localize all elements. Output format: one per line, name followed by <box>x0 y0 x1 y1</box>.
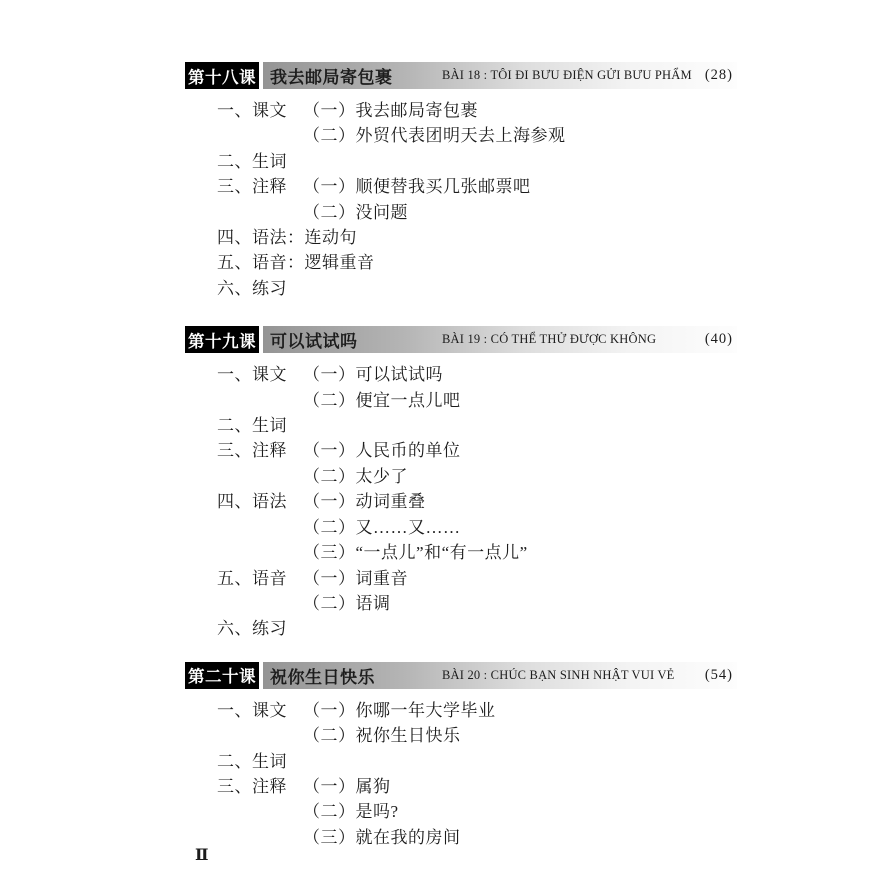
toc-subitem-text: （一）可以试试吗 <box>303 362 443 387</box>
lesson-page-reference: (54) <box>705 667 733 684</box>
toc-subitem-text: （二）没问题 <box>303 200 408 225</box>
toc-item-label: 五、语音 <box>217 566 303 591</box>
toc-line: 三、注释（一）人民币的单位 <box>217 438 737 463</box>
toc-line: 五、语音（一）词重音 <box>217 566 737 591</box>
toc-subitem-text: （一）顺便替我买几张邮票吧 <box>303 174 531 199</box>
lesson-title-bar: 祝你生日快乐BÀI 20 : CHÚC BẠN SINH NHẬT VUI VẺ… <box>263 662 737 689</box>
toc-item-label <box>217 540 303 565</box>
toc-line: 四、语法：连动句 <box>217 225 737 250</box>
lesson-title-chinese: 祝你生日快乐 <box>270 663 442 688</box>
toc-item-label: 一、课文 <box>217 362 303 387</box>
toc-line: （二）外贸代表团明天去上海参观 <box>217 123 737 148</box>
toc-item-label: 一、课文 <box>217 98 303 123</box>
toc-item-label <box>217 200 303 225</box>
toc-line: （二）没问题 <box>217 200 737 225</box>
toc-line: 二、生词 <box>217 413 737 438</box>
toc-item-label: 五、语音：逻辑重音 <box>217 250 375 275</box>
toc-line: （三）“一点儿”和“有一点儿” <box>217 540 737 565</box>
toc-line: （二）太少了 <box>217 464 737 489</box>
toc-subitem-text: （一）你哪一年大学毕业 <box>303 698 496 723</box>
lesson-number-badge: 第十九课 <box>185 326 259 353</box>
lesson-number-badge: 第二十课 <box>185 662 259 689</box>
toc-item-label: 四、语法：连动句 <box>217 225 357 250</box>
lesson-outline: 一、课文（一）我去邮局寄包裹（二）外贸代表团明天去上海参观二、生词三、注释（一）… <box>185 89 737 301</box>
lesson-page-reference: (28) <box>705 67 733 84</box>
toc-subitem-text: （一）动词重叠 <box>303 489 426 514</box>
toc-subitem-text: （二）外贸代表团明天去上海参观 <box>303 123 566 148</box>
toc-item-label: 三、注释 <box>217 438 303 463</box>
lesson-title-bar: 可以试试吗BÀI 19 : CÓ THỂ THỬ ĐƯỢC KHÔNG(40) <box>263 326 737 353</box>
toc-item-label: 二、生词 <box>217 149 303 174</box>
lesson-title-vietnamese: BÀI 20 : CHÚC BẠN SINH NHẬT VUI VẺ <box>442 668 675 683</box>
toc-item-label: 四、语法 <box>217 489 303 514</box>
toc-item-label: 一、课文 <box>217 698 303 723</box>
toc-item-label: 三、注释 <box>217 174 303 199</box>
lesson-title-vietnamese: BÀI 19 : CÓ THỂ THỬ ĐƯỢC KHÔNG <box>442 332 656 347</box>
lesson-outline: 一、课文（一）你哪一年大学毕业（二）祝你生日快乐二、生词三、注释（一）属狗（二）… <box>185 689 737 850</box>
lesson-outline: 一、课文（一）可以试试吗（二）便宜一点儿吧二、生词三、注释（一）人民币的单位（二… <box>185 353 737 641</box>
lesson-section: 第十八课我去邮局寄包裹BÀI 18 : TÔI ĐI BƯU ĐIỆN GỬI … <box>185 62 737 301</box>
lesson-header: 第二十课祝你生日快乐BÀI 20 : CHÚC BẠN SINH NHẬT VU… <box>185 662 737 689</box>
toc-line: 二、生词 <box>217 149 737 174</box>
toc-line: 二、生词 <box>217 749 737 774</box>
lesson-page-reference: (40) <box>705 331 733 348</box>
toc-subitem-text: （一）词重音 <box>303 566 408 591</box>
toc-line: 一、课文（一）你哪一年大学毕业 <box>217 698 737 723</box>
toc-line: 六、练习 <box>217 276 737 301</box>
toc-item-label: 二、生词 <box>217 413 303 438</box>
toc-line: 五、语音：逻辑重音 <box>217 250 737 275</box>
lesson-title-bar: 我去邮局寄包裹BÀI 18 : TÔI ĐI BƯU ĐIỆN GỬI BƯU … <box>263 62 737 89</box>
toc-line: （三）就在我的房间 <box>217 825 737 850</box>
lesson-header: 第十八课我去邮局寄包裹BÀI 18 : TÔI ĐI BƯU ĐIỆN GỬI … <box>185 62 737 89</box>
toc-item-label: 六、练习 <box>217 276 303 301</box>
lesson-section: 第二十课祝你生日快乐BÀI 20 : CHÚC BẠN SINH NHẬT VU… <box>185 662 737 850</box>
toc-item-label: 二、生词 <box>217 749 303 774</box>
toc-line: （二）又……又…… <box>217 515 737 540</box>
toc-line: （二）祝你生日快乐 <box>217 723 737 748</box>
toc-item-label <box>217 825 303 850</box>
toc-subitem-text: （一）人民币的单位 <box>303 438 461 463</box>
toc-line: 一、课文（一）可以试试吗 <box>217 362 737 387</box>
toc-line: 三、注释（一）属狗 <box>217 774 737 799</box>
toc-item-label <box>217 799 303 824</box>
toc-item-label <box>217 388 303 413</box>
page-number: Ⅱ <box>195 845 208 865</box>
toc-sections: 第十八课我去邮局寄包裹BÀI 18 : TÔI ĐI BƯU ĐIỆN GỬI … <box>185 62 737 850</box>
toc-line: 四、语法（一）动词重叠 <box>217 489 737 514</box>
toc-subitem-text: （三）“一点儿”和“有一点儿” <box>303 540 528 565</box>
toc-item-label <box>217 591 303 616</box>
toc-subitem-text: （一）属狗 <box>303 774 391 799</box>
toc-subitem-text: （三）就在我的房间 <box>303 825 461 850</box>
toc-item-label <box>217 464 303 489</box>
toc-line: 六、练习 <box>217 616 737 641</box>
toc-item-label: 六、练习 <box>217 616 303 641</box>
toc-subitem-text: （二）太少了 <box>303 464 408 489</box>
toc-item-label: 三、注释 <box>217 774 303 799</box>
toc-subitem-text: （一）我去邮局寄包裹 <box>303 98 478 123</box>
lesson-number-badge: 第十八课 <box>185 62 259 89</box>
toc-item-label <box>217 723 303 748</box>
lesson-title-chinese: 可以试试吗 <box>270 327 442 352</box>
toc-subitem-text: （二）又……又…… <box>303 515 461 540</box>
toc-item-label <box>217 515 303 540</box>
toc-subitem-text: （二）祝你生日快乐 <box>303 723 461 748</box>
toc-subitem-text: （二）是吗? <box>303 799 399 824</box>
lesson-section: 第十九课可以试试吗BÀI 19 : CÓ THỂ THỬ ĐƯỢC KHÔNG(… <box>185 326 737 641</box>
lesson-title-vietnamese: BÀI 18 : TÔI ĐI BƯU ĐIỆN GỬI BƯU PHẨM <box>442 68 692 83</box>
toc-subitem-text: （二）语调 <box>303 591 391 616</box>
table-of-contents-page: 第十八课我去邮局寄包裹BÀI 18 : TÔI ĐI BƯU ĐIỆN GỬI … <box>185 62 737 850</box>
toc-line: 一、课文（一）我去邮局寄包裹 <box>217 98 737 123</box>
lesson-header: 第十九课可以试试吗BÀI 19 : CÓ THỂ THỬ ĐƯỢC KHÔNG(… <box>185 326 737 353</box>
toc-line: （二）便宜一点儿吧 <box>217 388 737 413</box>
toc-line: （二）语调 <box>217 591 737 616</box>
toc-line: （二）是吗? <box>217 799 737 824</box>
toc-item-label <box>217 123 303 148</box>
toc-subitem-text: （二）便宜一点儿吧 <box>303 388 461 413</box>
toc-line: 三、注释（一）顺便替我买几张邮票吧 <box>217 174 737 199</box>
lesson-title-chinese: 我去邮局寄包裹 <box>270 63 442 88</box>
